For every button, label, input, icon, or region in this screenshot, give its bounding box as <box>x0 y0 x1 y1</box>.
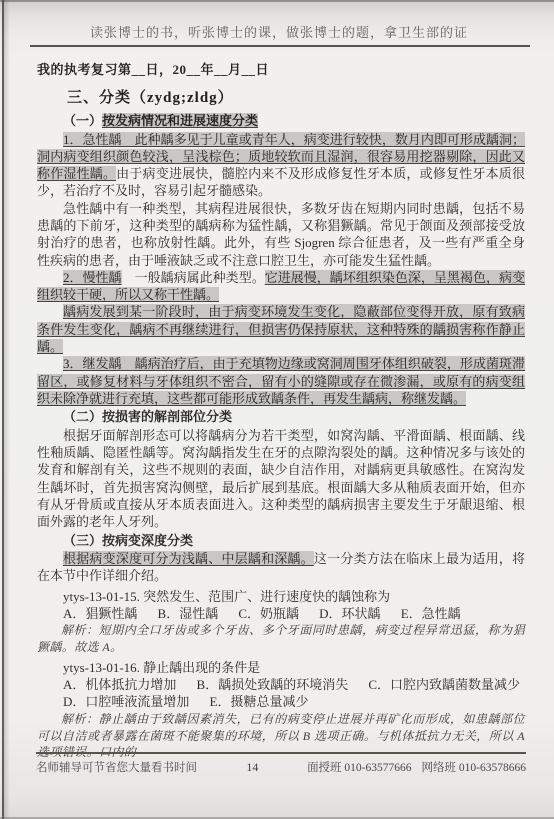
review-fill-in-line: 我的执考复习第__日，20__年__月__日 <box>37 59 525 78</box>
paragraph: 1．急性龋 此种龋多见于儿童或青年人，病变进行较快，数月内即可形成龋洞；洞内病变… <box>37 131 525 200</box>
option-item: A．猖獗性龋 <box>63 606 137 621</box>
text-run: （二）按损害的解剖部位分类 <box>63 409 232 424</box>
text-run: 一般龋病属此种类型。 <box>122 270 265 285</box>
highlighted-text-run: 根据病变深度可分为浅龋、中层龋和深龋。 <box>63 551 314 566</box>
footer-slogan: 名师辅导可节省您大量看书时间 <box>36 759 232 775</box>
header-slogan: 读张博士的书，听张博士的课，做张博士的题，拿卫生部的证 <box>30 22 528 41</box>
option-item: D．环状龋 <box>319 606 380 621</box>
question-line: ytys-13-01-15. 突然发生、范围广、进行速度快的龋蚀称为 <box>37 588 525 605</box>
option-item: B．龋损处致龋的环境消失 <box>197 677 349 692</box>
question-line: ytys-13-01-16. 静止龋出现的条件是 <box>37 659 525 676</box>
footer-contacts: 面授班 010-63577666网络班 010-63578666 <box>272 759 526 775</box>
text-run: ytys-13-01-16. 静止龋出现的条件是 <box>63 660 260 675</box>
paragraph: 龋病发展到某一阶段时，由于病变环境发生变化，隐蔽部位变得开放，原有致病条件发生变… <box>37 303 525 355</box>
text-run: （三）按病变深度分类 <box>63 533 193 548</box>
paragraph: 2．慢性龋 一般龋病属此种类型。它进展慢，龋坏组织染色深，呈黑褐色，病变组织较干… <box>37 269 525 304</box>
options-row: A．机体抵抗力增加B．龋损处致龋的环境消失C．口腔内致龋菌数量减少 <box>37 676 525 693</box>
options-row: A．猖獗性龋B．湿性龋C．奶瓶龋D．环状龋E．急性龋 <box>37 605 525 622</box>
option-item: E．急性龋 <box>401 606 461 621</box>
section-heading-1: 三、分类（zydg;zldg） <box>67 86 525 107</box>
highlighted-text-run: 按发病情况和进展速度分类 <box>102 113 258 128</box>
option-item: C．奶瓶龋 <box>238 606 299 621</box>
scan-left-shadow <box>4 0 10 819</box>
paragraph: 根据病变深度可分为浅龋、中层龋和深龋。这一分类方法在临床上最为适用，将在本节中作… <box>37 550 525 585</box>
highlighted-text-run: 2．慢性龋 <box>63 270 122 285</box>
paragraph: 根据牙面解剖形态可以将龋病分为若干类型，如窝沟龋、平滑面龋、根面龋、线性釉质龋、… <box>37 427 525 531</box>
scanned-book-page: 读张博士的书，听张博士的课，做张博士的题，拿卫生部的证 我的执考复习第__日，2… <box>0 0 554 819</box>
text-run: 解析：短期内全口牙齿或多个牙齿、多个牙面同时患龋，病变过程异常迅猛，称为猖獗龋。… <box>37 623 525 654</box>
option-item: B．湿性龋 <box>158 606 219 621</box>
section-heading-2: （二）按损害的解剖部位分类 <box>63 408 525 426</box>
highlighted-text-run: 3．继发龋 龋病治疗后，由于充填物边缘或窝洞周围牙体组织破裂，形成菌斑滞留区，或… <box>37 356 525 406</box>
options-row: D．口腔唾液流量增加E．摄糖总量减少 <box>37 693 525 710</box>
paragraph: 急性龋中有一种类型，其病程进展很快，多数牙齿在短期内同时患龋，包括不易患龋的下前… <box>37 200 525 269</box>
page-content: 我的执考复习第__日，20__年__月__日 三、分类（zydg;zldg）（一… <box>37 52 525 761</box>
footer: 名师辅导可节省您大量看书时间 14 面授班 010-63577666网络班 01… <box>36 759 526 775</box>
option-item: E．摄糖总量减少 <box>210 694 309 709</box>
text-run: 急性龋中有一种类型，其病程进展很快，多数牙齿在短期内同时患龋，包括不易患龋的下前… <box>37 201 525 268</box>
section-heading-2: （三）按病变深度分类 <box>63 532 525 550</box>
option-item: C．口腔内致龋菌数量减少 <box>368 677 520 692</box>
text-run: （一） <box>63 113 102 128</box>
footer-phone-online: 网络班 010-63578666 <box>422 762 526 774</box>
option-item: D．口腔唾液流量增加 <box>63 694 189 709</box>
option-item: A．机体抵抗力增加 <box>63 677 176 692</box>
footer-rule <box>36 752 526 754</box>
scan-top-edge <box>0 0 554 2</box>
document-body: 三、分类（zydg;zldg）（一）按发病情况和进展速度分类1．急性龋 此种龋多… <box>37 86 525 761</box>
paragraph: 3．继发龋 龋病治疗后，由于充填物边缘或窝洞周围牙体组织破裂，形成菌斑滞留区，或… <box>37 355 525 407</box>
text-run: ytys-13-01-15. 突然发生、范围广、进行速度快的龋蚀称为 <box>63 589 390 604</box>
analysis-text: 解析：短期内全口牙齿或多个牙齿、多个牙面同时患龋，病变过程异常迅猛，称为猖獗龋。… <box>37 622 525 656</box>
header-rule <box>30 45 530 47</box>
page-number: 14 <box>232 760 272 775</box>
text-run: 根据牙面解剖形态可以将龋病分为若干类型，如窝沟龋、平滑面龋、根面龋、线性釉质龋、… <box>37 428 525 529</box>
text-run: 三、分类（zydg;zldg） <box>67 90 234 106</box>
highlighted-text-run: 龋病发展到某一阶段时，由于病变环境发生变化，隐蔽部位变得开放，原有致病条件发生变… <box>37 304 525 354</box>
footer-phone-class: 面授班 010-63577666 <box>307 762 411 774</box>
section-heading-2: （一）按发病情况和进展速度分类 <box>63 112 525 130</box>
